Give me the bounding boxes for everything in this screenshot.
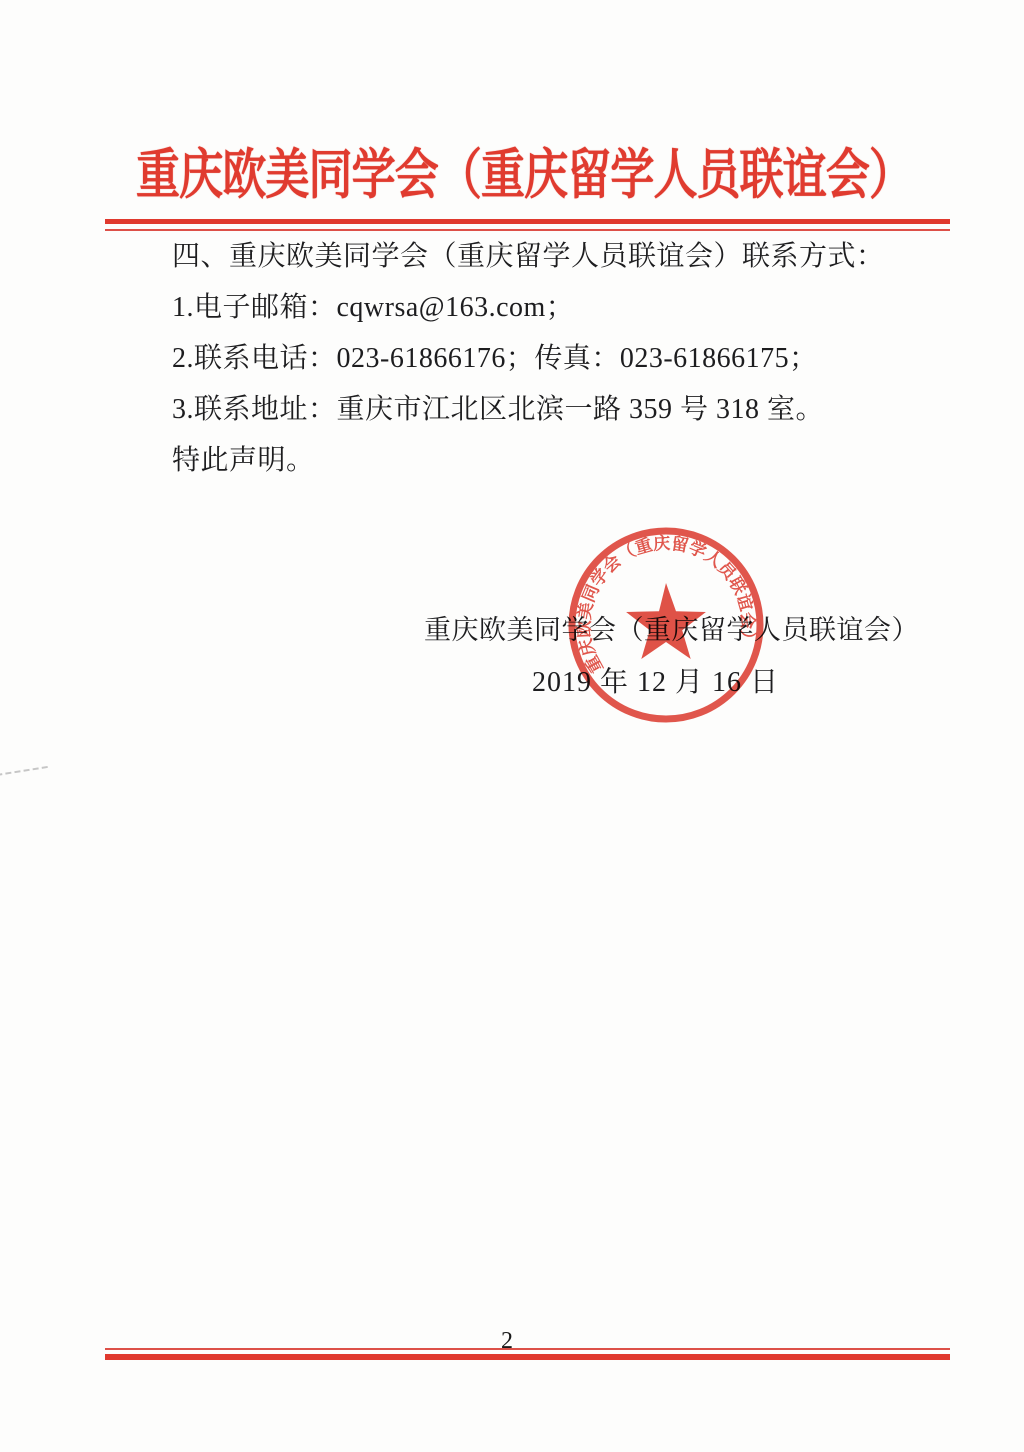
seal-star-icon — [626, 583, 706, 659]
body-line-contact-heading: 四、重庆欧美同学会（重庆留学人员联谊会）联系方式： — [172, 231, 912, 282]
body-text: 四、重庆欧美同学会（重庆留学人员联谊会）联系方式： 1.电子邮箱：cqwrsa@… — [172, 231, 912, 486]
scan-artifact-mark — [0, 766, 48, 776]
official-seal-graphic: 重庆欧美同学会（重庆留学人员联谊会） — [556, 515, 776, 735]
official-seal: 重庆欧美同学会（重庆留学人员联谊会） — [556, 515, 776, 735]
header-rule-thick — [105, 219, 950, 224]
letterhead-title: 重庆欧美同学会（重庆留学人员联谊会） — [136, 138, 937, 211]
body-line-address: 3.联系地址：重庆市江北区北滨一路 359 号 318 室。 — [172, 384, 912, 435]
page-number: 2 — [0, 1328, 1014, 1355]
document-page: 重庆欧美同学会（重庆留学人员联谊会） 四、重庆欧美同学会（重庆留学人员联谊会）联… — [0, 0, 1024, 1452]
body-line-phone-fax: 2.联系电话：023-61866176；传真：023-61866175； — [172, 333, 912, 384]
body-line-declaration: 特此声明。 — [172, 435, 912, 486]
body-line-email: 1.电子邮箱：cqwrsa@163.com； — [172, 282, 912, 333]
